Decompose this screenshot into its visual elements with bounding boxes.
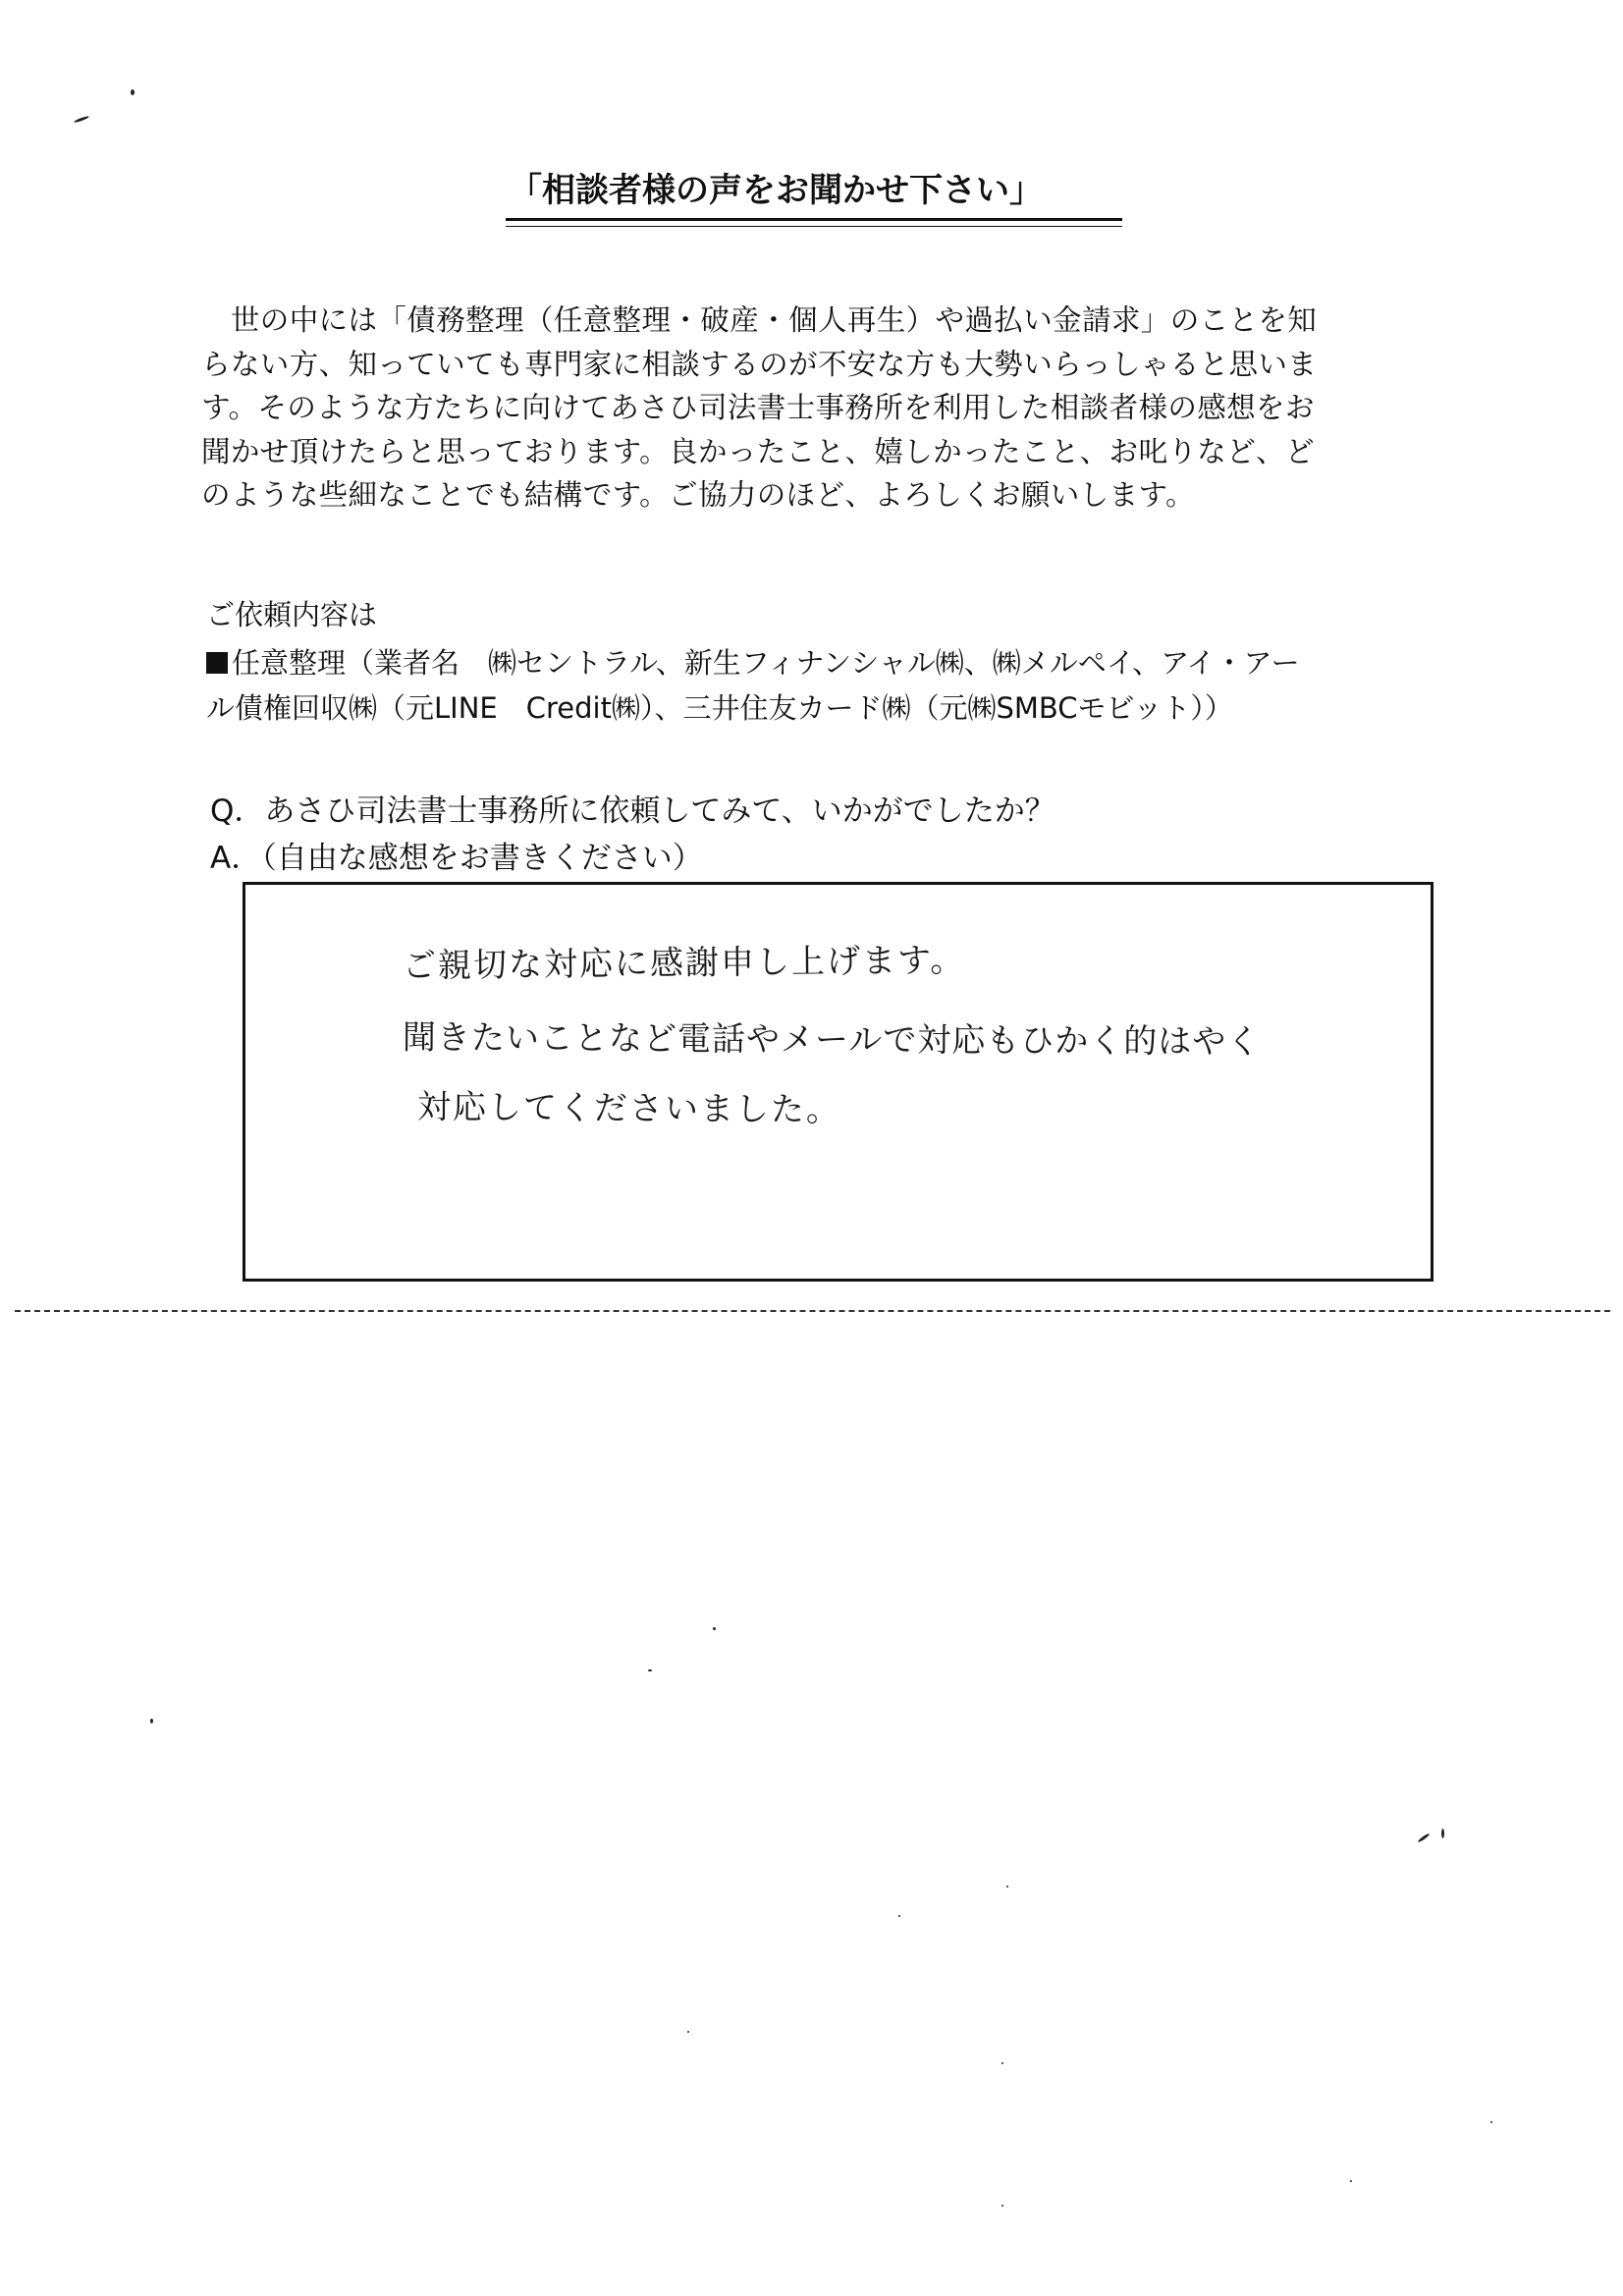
intro-line: す。そのような方たちに向けてあさひ司法書士事務所を利用した相談者様の感想をお <box>201 386 1438 430</box>
intro-line: らない方、知っていても専門家に相談するのが不安な方も大勢いらっしゃると思いま <box>201 343 1438 387</box>
request-line-text: 任意整理（業者名 ㈱セントラル、新生フィナンシャル㈱、㈱メルペイ、アイ・アー <box>232 646 1300 680</box>
answer-label: A．（自由な感想をお書きください） <box>210 837 703 880</box>
handwritten-answer-line: 対応してくださいました。 <box>417 1079 841 1130</box>
document-title: 「相談者様の声をお聞かせ下さい」 <box>509 169 1123 212</box>
scan-speck <box>1001 2062 1003 2064</box>
intro-line: 聞かせ頂けたらと思っております。良かったこと、嬉しかったこと、お叱りなど、ど <box>201 430 1438 474</box>
scan-speck <box>1490 2121 1492 2123</box>
scan-speck <box>150 1719 153 1723</box>
request-heading: ご依頼内容は <box>206 595 377 634</box>
request-line: ル債権回収㈱（元LINE Credit㈱）、三井住友カード㈱（元㈱SMBCモビッ… <box>206 685 1443 731</box>
scan-speck <box>898 1915 900 1917</box>
intro-line: のような些細なことでも結構です。ご協力のほど、よろしくお願いします。 <box>201 473 1438 518</box>
scan-speck <box>1350 2180 1352 2182</box>
handwritten-answer-line: ご親切な対応に感謝申し上げます。 <box>403 933 966 987</box>
scan-speck <box>74 115 89 123</box>
handwritten-answer-line: 聞きたいことなど電話やメールで対応もひかく的はやく <box>403 1011 1262 1064</box>
answer-box: ご親切な対応に感謝申し上げます。 聞きたいことなど電話やメールで対応もひかく的は… <box>243 882 1434 1282</box>
survey-question: Q．あさひ司法書士事務所に依頼してみて、いかがでしたか？ <box>210 790 1055 833</box>
scan-speck <box>1441 1829 1444 1838</box>
request-details: 任意整理（業者名 ㈱セントラル、新生フィナンシャル㈱、㈱メルペイ、アイ・アー ル… <box>206 640 1443 731</box>
scan-speck <box>1006 1886 1008 1887</box>
scan-speck <box>131 89 135 95</box>
scan-speck <box>648 1669 652 1671</box>
request-line: 任意整理（業者名 ㈱セントラル、新生フィナンシャル㈱、㈱メルペイ、アイ・アー <box>206 640 1443 685</box>
intro-line: 世の中には「債務整理（任意整理・破産・個人再生）や過払い金請求」のことを知 <box>201 299 1438 343</box>
scan-speck <box>687 2031 689 2033</box>
scan-speck <box>1001 2205 1003 2207</box>
dashed-cut-line <box>15 1310 1610 1312</box>
intro-paragraph: 世の中には「債務整理（任意整理・破産・個人再生）や過払い金請求」のことを知 らな… <box>201 299 1438 518</box>
scan-speck <box>1417 1832 1430 1842</box>
title-double-underline <box>506 218 1122 227</box>
black-square-bullet-icon <box>206 652 228 674</box>
scan-speck <box>713 1627 716 1630</box>
